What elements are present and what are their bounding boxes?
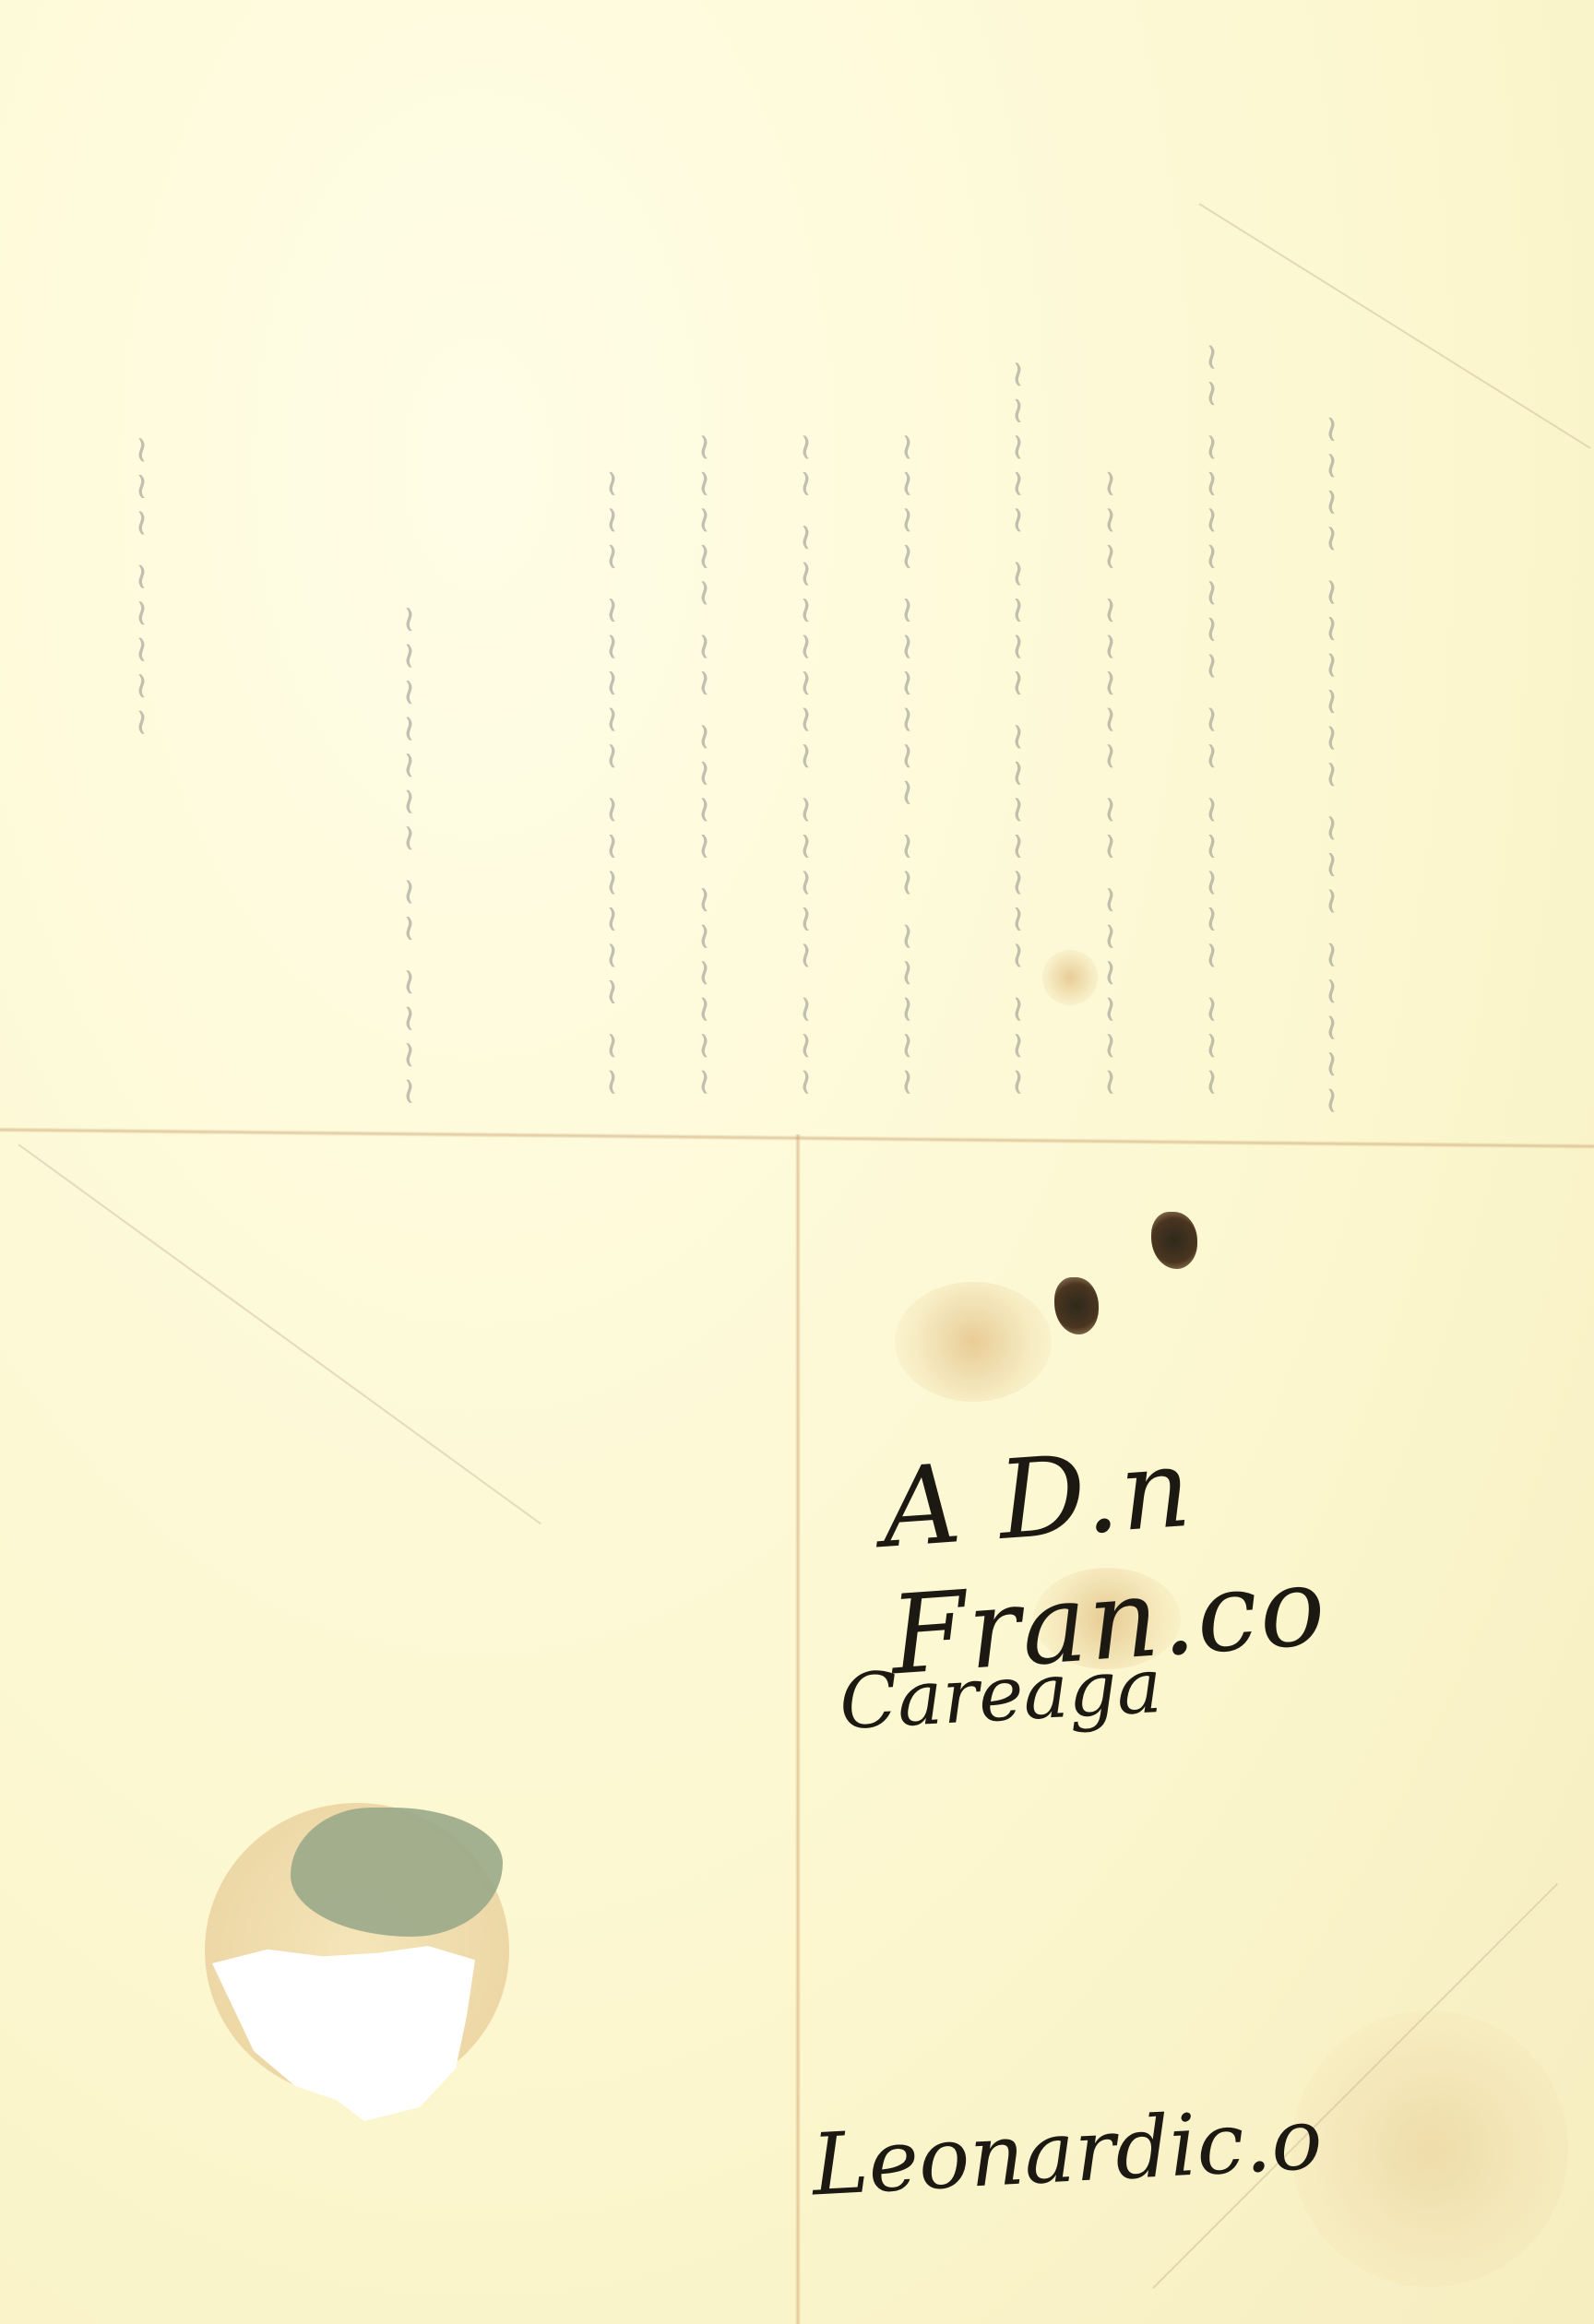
bleed-through-column: ~~ ~~~~~~ ~~~~~ ~~~ [590,37,633,1097]
water-stain [1291,2010,1568,2287]
bleed-through-column: ~~~ ~~~~~~~ ~~~~ ~~~~~ [996,37,1039,1097]
bleed-through-column: ~~~~~ ~~~ [120,277,162,738]
vertical-fold [795,1134,801,2324]
diagonal-crease [1198,203,1590,449]
water-stain [1042,950,1098,1005]
address-line-surname: Careaga [838,1642,1164,1747]
bleed-through-column: ~~~~ ~~ ~~~~~~~ [387,184,430,1107]
ink-spot [1054,1277,1099,1334]
diagonal-crease [18,1144,541,1524]
address-line-place: Leonardic.o [810,2090,1325,2215]
bleed-through-area: ~~~~~ ~~~ ~~~~~~ ~~~~ ~~~ ~~~~~ ~~ ~~~~~… [0,0,1594,1125]
bleed-through-column: ~~~~~ ~~ ~~~~~~ ~~~~ [886,37,928,1097]
torn-hole [212,1946,489,2121]
water-stain [895,1282,1052,1402]
letter-page: ~~~~~ ~~~ ~~~~~~ ~~~~ ~~~ ~~~~~ ~~ ~~~~~… [0,0,1594,2324]
bleed-through-column: ~~~ ~~~~~ ~~ ~~~~~~~ ~~ [1190,37,1232,1097]
bleed-through-column: ~~~~~ ~~~ ~~~~~~ ~~~~ [1310,55,1352,1116]
bleed-through-column: ~~~~~~ ~~ ~~~~~ ~~~ [1088,37,1131,1097]
bleed-through-column: ~~~ ~~~~~ ~~~~~~~ ~~ [784,37,827,1097]
ink-spot [1151,1212,1197,1269]
bleed-through-column: ~~~~~~ ~~~~ ~~ ~~~~~ [683,37,725,1097]
